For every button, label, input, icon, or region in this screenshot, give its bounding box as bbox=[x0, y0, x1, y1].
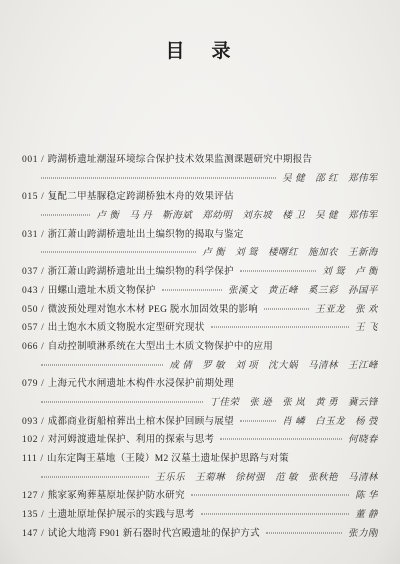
dot-leader bbox=[162, 289, 222, 290]
entry-authors: 肖 嶙 白玉龙 杨 弢 bbox=[282, 413, 378, 432]
entry-title: 土遗址原址保护展示的实践与思考 bbox=[48, 506, 195, 525]
entry-separator: / bbox=[41, 188, 44, 207]
entry-authors: 吴 健 邵 红 郑伟军 bbox=[282, 170, 378, 189]
entry-authors: 卢 衡 马 丹 靳海斌 郑幼明 刘东坡 楼 卫 吴 健 郑伟军 bbox=[96, 207, 378, 226]
toc-entry-line: 135/土遗址原址保护展示的实践与思考董 静 bbox=[22, 506, 378, 525]
entry-separator: / bbox=[41, 487, 44, 506]
entry-title: 试论大地湾 F901 新石器时代宫殿遗址的保护方式 bbox=[48, 525, 260, 544]
toc-entry-line: 031/浙江萧山跨湖桥遗址出土编织物的揭取与鉴定 bbox=[22, 226, 378, 245]
entry-page-number: 066 bbox=[22, 338, 38, 357]
entry-authors: 刘 鸳 卢 衡 bbox=[322, 263, 378, 282]
toc-entry-line: 001/跨湖桥遗址潮湿环境综合保护技术效果监测课题研究中期报告 bbox=[22, 151, 378, 170]
entry-separator: / bbox=[41, 319, 44, 338]
entry-page-number: 057 bbox=[22, 319, 38, 338]
toc-entry-authors-line: 吴 健 邵 红 郑伟军 bbox=[22, 170, 378, 189]
entry-page-number: 147 bbox=[22, 525, 38, 544]
toc-entry-line: 037/浙江萧山跨湖桥遗址出土编织物的科学保护刘 鸳 卢 衡 bbox=[22, 263, 378, 282]
entry-page-number: 015 bbox=[22, 188, 38, 207]
entry-title: 熊家冢殉葬墓原址保护防水研究 bbox=[48, 487, 185, 506]
page-title: 目 录 bbox=[22, 36, 378, 63]
entry-title: 成都商业街船棺葬出土棺木保护回顾与展望 bbox=[48, 413, 234, 432]
dot-leader bbox=[201, 514, 349, 515]
entry-page-number: 079 bbox=[22, 375, 38, 394]
entry-page-number: 093 bbox=[22, 413, 38, 432]
entry-authors: 丁佳荣 张 逊 张 岚 黄 勇 冀云锋 bbox=[209, 394, 378, 413]
toc-entry-authors-line: 王乐乐 王菊琳 徐树强 范 敏 张秋艳 马清林 bbox=[22, 469, 378, 488]
dot-leader bbox=[41, 177, 276, 178]
toc-entry-line: 102/对河姆渡遗址保护、利用的探索与思考何晓春 bbox=[22, 431, 378, 450]
dot-leader bbox=[240, 271, 316, 272]
toc-entry-line: 015/复配二甲基脲稳定跨湖桥独木舟的效果评估 bbox=[22, 188, 378, 207]
toc-entry-line: 043/田螺山遗址木质文物保护张溪文 黄正峰 奚三彩 孙国平 bbox=[22, 282, 378, 301]
entry-separator: / bbox=[41, 338, 44, 357]
toc-entry-authors-line: 卢 衡 马 丹 靳海斌 郑幼明 刘东坡 楼 卫 吴 健 郑伟军 bbox=[22, 207, 378, 226]
entry-authors: 成 倩 罗 敏 刘 项 沈大娲 马清林 王江峰 bbox=[169, 357, 378, 376]
entry-page-number: 043 bbox=[22, 282, 38, 301]
dot-leader bbox=[220, 439, 342, 440]
entry-page-number: 135 bbox=[22, 506, 38, 525]
dot-leader bbox=[211, 327, 350, 328]
dot-leader bbox=[41, 401, 203, 402]
entry-title: 复配二甲基脲稳定跨湖桥独木舟的效果评估 bbox=[48, 188, 234, 207]
entry-authors: 董 静 bbox=[355, 506, 378, 525]
toc-entry-line: 127/熊家冢殉葬墓原址保护防水研究陈 华 bbox=[22, 487, 378, 506]
entry-page-number: 050 bbox=[22, 301, 38, 320]
dot-leader bbox=[191, 495, 349, 496]
toc-entry-line: 147/试论大地湾 F901 新石器时代宫殿遗址的保护方式张力刚 bbox=[22, 525, 378, 544]
toc-entry-authors-line: 卢 衡 刘 鸳 楼曙红 施加农 王新海 bbox=[22, 244, 378, 263]
entry-separator: / bbox=[41, 263, 44, 282]
entry-separator: / bbox=[40, 450, 43, 469]
entry-separator: / bbox=[41, 375, 44, 394]
entry-separator: / bbox=[41, 506, 44, 525]
entry-title: 出土饱水木质文物脱水定型研究现状 bbox=[48, 319, 205, 338]
toc-entry-line: 093/成都商业街船棺葬出土棺木保护回顾与展望肖 嶙 白玉龙 杨 弢 bbox=[22, 413, 378, 432]
entry-authors: 王乐乐 王菊琳 徐树强 范 敏 张秋艳 马清林 bbox=[155, 469, 378, 488]
toc-entry-line: 079/上海元代水闸遗址木构件水浸保护前期处理 bbox=[22, 375, 378, 394]
dot-leader bbox=[266, 532, 342, 533]
entry-title: 对河姆渡遗址保护、利用的探索与思考 bbox=[48, 431, 215, 450]
entry-authors: 何晓春 bbox=[348, 431, 378, 450]
toc-list: 001/跨湖桥遗址潮湿环境综合保护技术效果监测课题研究中期报告吴 健 邵 红 郑… bbox=[22, 151, 378, 543]
dot-leader bbox=[41, 476, 149, 477]
entry-title: 跨湖桥遗址潮湿环境综合保护技术效果监测课题研究中期报告 bbox=[48, 151, 313, 170]
entry-separator: / bbox=[41, 525, 44, 544]
dot-leader bbox=[41, 364, 163, 365]
entry-title: 微波预处理对饱水木材 PEG 脱水加固效果的影响 bbox=[48, 301, 258, 320]
toc-entry-line: 050/微波预处理对饱水木材 PEG 脱水加固效果的影响王亚龙 张 欢 bbox=[22, 301, 378, 320]
entry-separator: / bbox=[41, 431, 44, 450]
entry-authors: 卢 衡 刘 鸳 楼曙红 施加农 王新海 bbox=[202, 244, 378, 263]
entry-page-number: 102 bbox=[22, 431, 38, 450]
entry-title: 田螺山遗址木质文物保护 bbox=[48, 282, 156, 301]
entry-title: 浙江萧山跨湖桥遗址出土编织物的揭取与鉴定 bbox=[48, 226, 244, 245]
toc-entry-authors-line: 成 倩 罗 敏 刘 项 沈大娲 马清林 王江峰 bbox=[22, 357, 378, 376]
entry-page-number: 111 bbox=[22, 450, 37, 469]
dot-leader bbox=[41, 252, 196, 253]
entry-separator: / bbox=[41, 226, 44, 245]
entry-title: 自动控制喷淋系统在大型出土木质文物保护中的应用 bbox=[48, 338, 273, 357]
entry-authors: 张溪文 黄正峰 奚三彩 孙国平 bbox=[228, 282, 378, 301]
entry-separator: / bbox=[41, 282, 44, 301]
entry-page-number: 127 bbox=[22, 487, 38, 506]
toc-entry-authors-line: 丁佳荣 张 逊 张 岚 黄 勇 冀云锋 bbox=[22, 394, 378, 413]
toc-entry-line: 066/自动控制喷淋系统在大型出土木质文物保护中的应用 bbox=[22, 338, 378, 357]
toc-page: 目 录 001/跨湖桥遗址潮湿环境综合保护技术效果监测课题研究中期报告吴 健 邵… bbox=[0, 0, 400, 564]
dot-leader bbox=[240, 420, 276, 421]
entry-title: 浙江萧山跨湖桥遗址出土编织物的科学保护 bbox=[48, 263, 234, 282]
entry-separator: / bbox=[41, 413, 44, 432]
entry-page-number: 031 bbox=[22, 226, 38, 245]
toc-entry-line: 057/出土饱水木质文物脱水定型研究现状王 飞 bbox=[22, 319, 378, 338]
entry-separator: / bbox=[41, 151, 44, 170]
entry-title: 山东定陶王墓地（王陵）M2 汉墓土遗址保护思路与对策 bbox=[47, 450, 289, 469]
entry-page-number: 001 bbox=[22, 151, 38, 170]
entry-authors: 王 飞 bbox=[355, 319, 378, 338]
entry-authors: 王亚龙 张 欢 bbox=[315, 301, 378, 320]
dot-leader bbox=[41, 215, 90, 216]
entry-title: 上海元代水闸遗址木构件水浸保护前期处理 bbox=[48, 375, 234, 394]
entry-authors: 张力刚 bbox=[348, 525, 378, 544]
entry-authors: 陈 华 bbox=[355, 487, 378, 506]
dot-leader bbox=[264, 308, 309, 309]
entry-page-number: 037 bbox=[22, 263, 38, 282]
entry-separator: / bbox=[41, 301, 44, 320]
toc-entry-line: 111/山东定陶王墓地（王陵）M2 汉墓土遗址保护思路与对策 bbox=[22, 450, 378, 469]
